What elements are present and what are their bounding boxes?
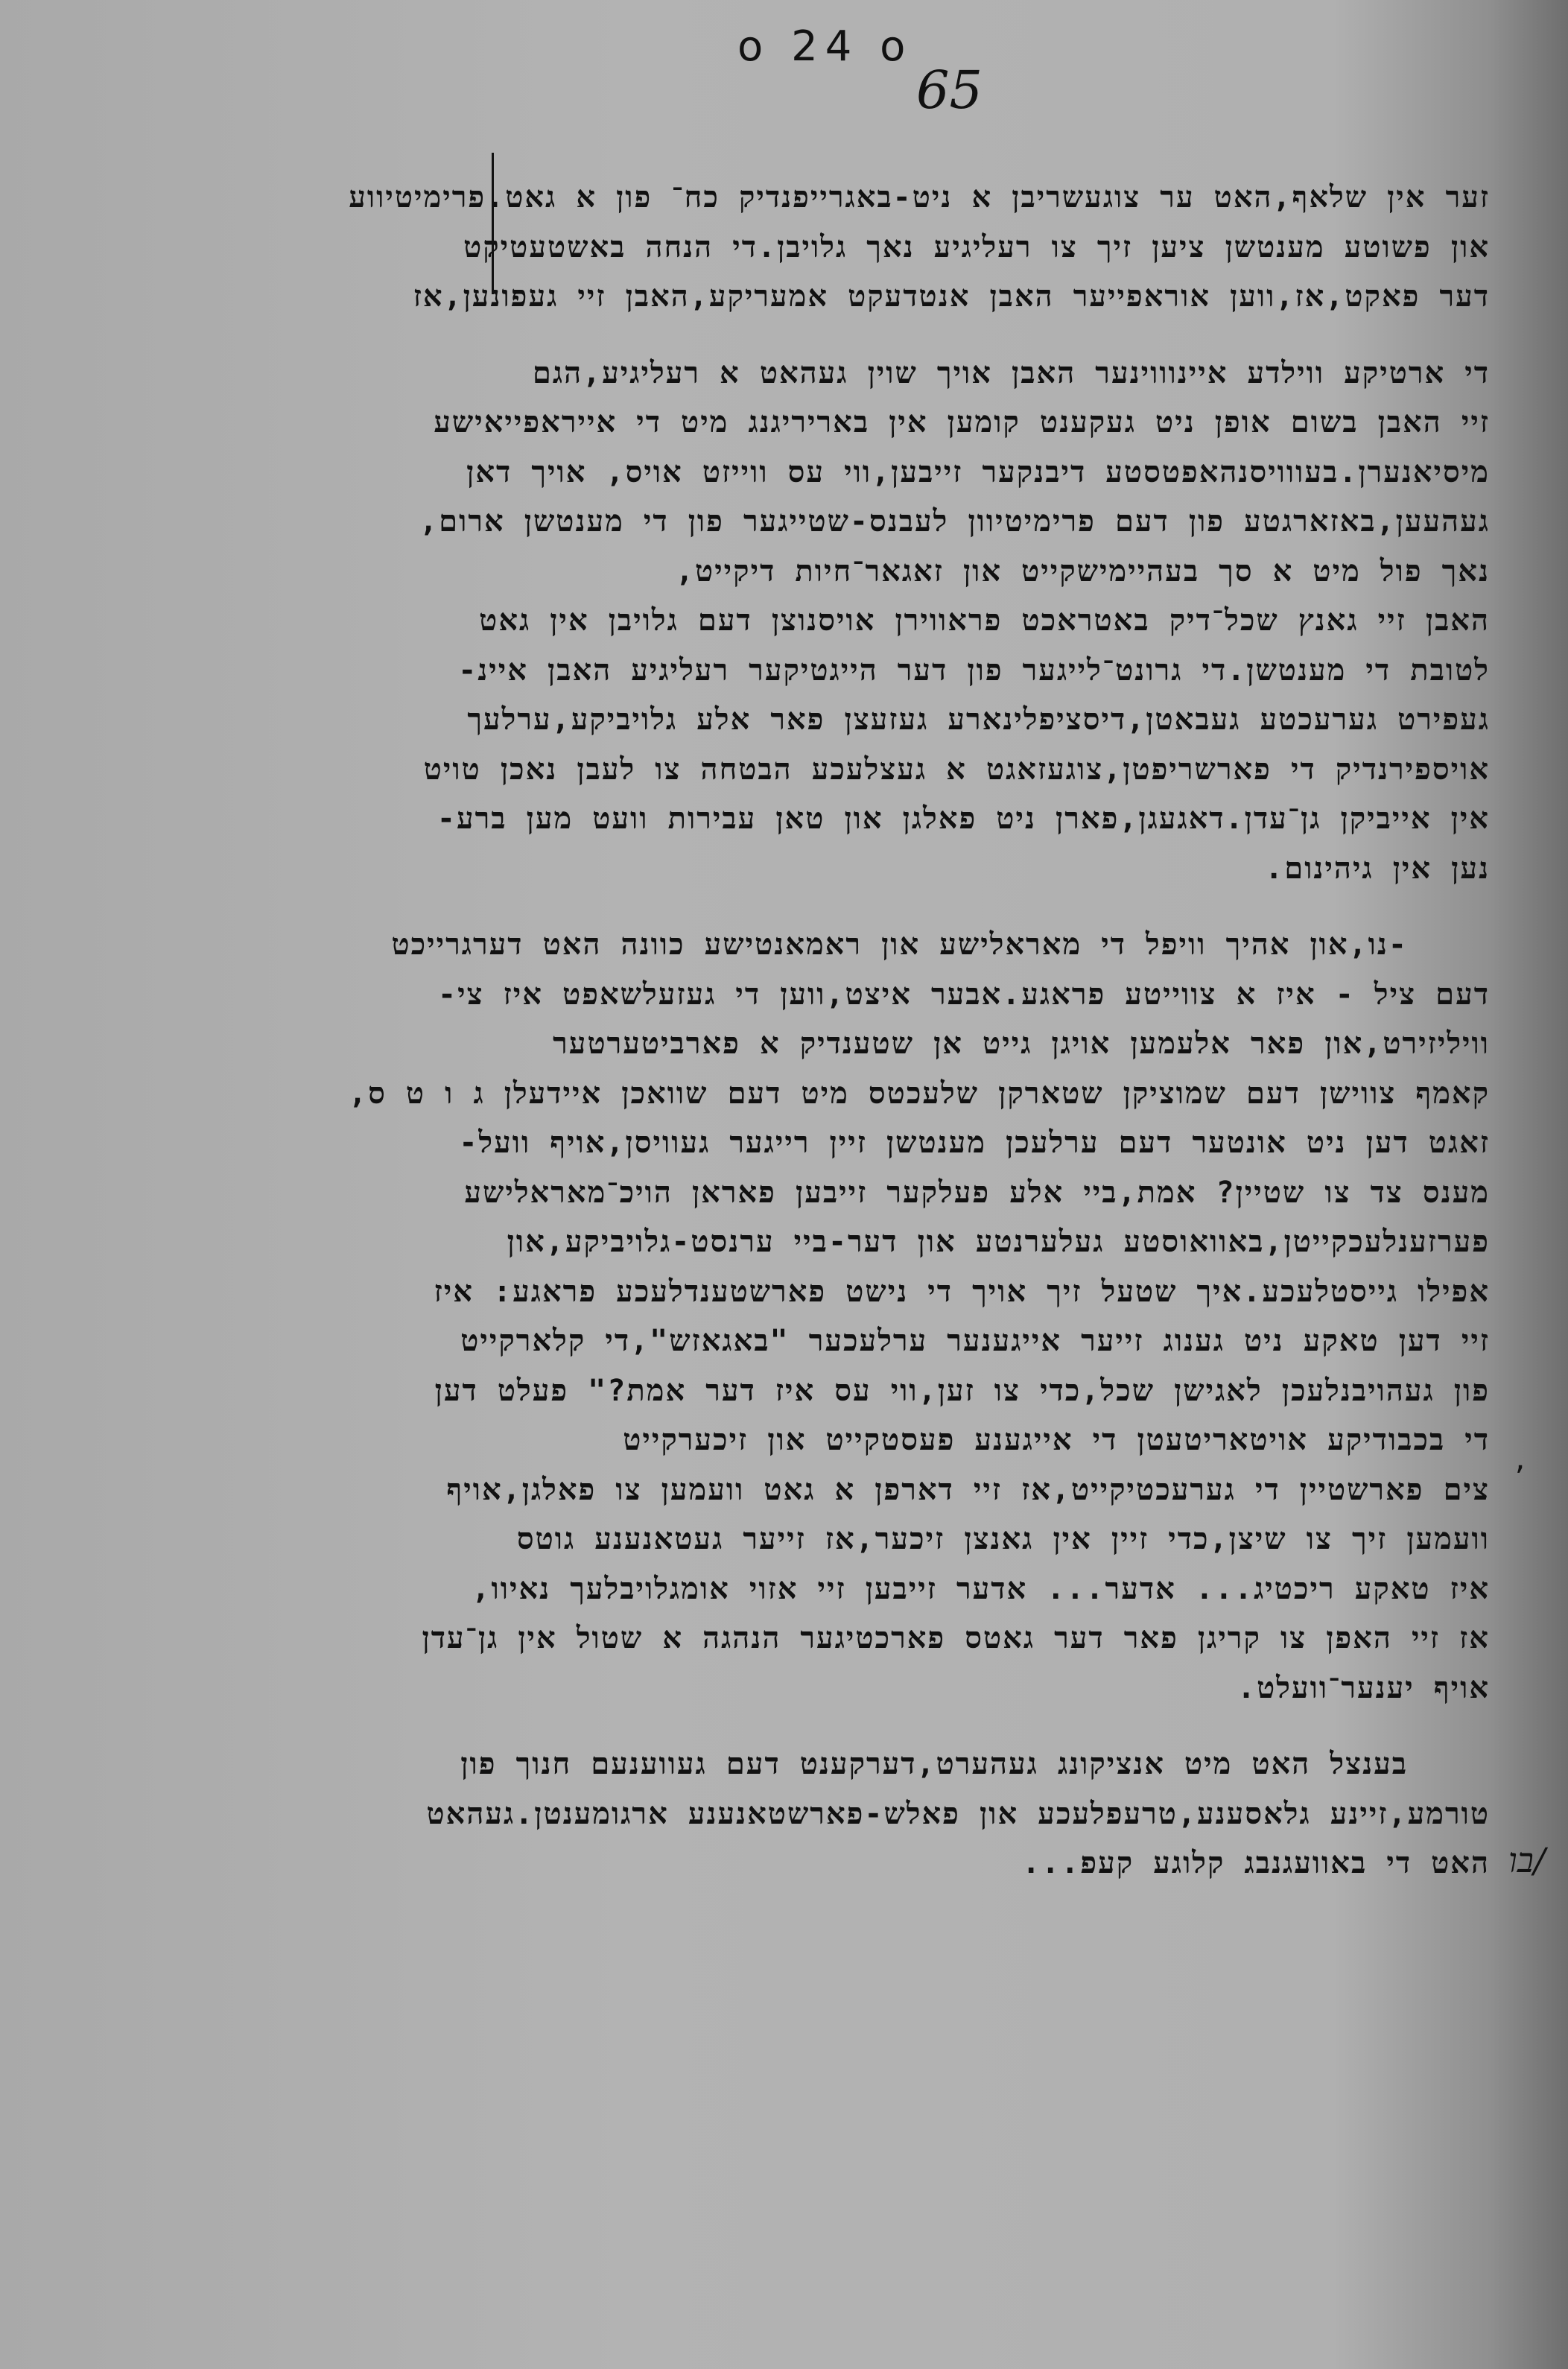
text-line: און פשוטע מענטשן ציען זיך צו רעליגיע נאך… <box>30 223 1490 273</box>
text-line: זיי האבן בשום אופן ניט געקענט קומען אין … <box>30 398 1490 448</box>
text-line: -נו,און אהיך וויפל די מאראלישע און ראמאנ… <box>30 920 1490 970</box>
text-line: קאמף צווישן דעם שמוציקן שטארקן שלעכטס מי… <box>30 1069 1490 1119</box>
text-line: האבן זיי גאנץ שכל־דיק באטראכט פראווירן א… <box>30 596 1490 646</box>
text-line: אין אייביקן גן־עדן.דאגעגן,פארן ניט פאלגן… <box>30 794 1490 844</box>
text-line: נאך פול מיט א סך בעהיימישקייט און זאגאר־… <box>30 547 1490 597</box>
paragraph-gap <box>30 893 1490 920</box>
text-line: טורמע,זיינע גלאסענע,טרעפלעכע און פאלש-פא… <box>30 1789 1490 1839</box>
text-line: צים פארשטיין די גערעכטיקייט,אז זיי דארפן… <box>30 1465 1490 1515</box>
text-line: אז זיי האפן צו קריגן פאר דער גאטס פארכטי… <box>30 1614 1490 1664</box>
text-line: די ארטיקע ווילדע איינוווינער האבן אויך ש… <box>30 349 1490 399</box>
text-line: אפילו גייסטלעכע.איך שטעל זיך אויך די ניש… <box>30 1267 1490 1317</box>
handwritten-page-number: 65 <box>916 60 983 121</box>
text-line: אויספירנדיק די פארשריפטן,צוגעזאגט א געצל… <box>30 745 1490 795</box>
text-line: וויליזירט,און פאר אלעמען אויגן גייט אן ש… <box>30 1019 1490 1069</box>
text-line: איז טאקע ריכטיג... אדער... אדער זייבען ז… <box>30 1564 1490 1614</box>
text-line: זער אין שלאף,האט ער צוגעשריבן א ניט-באגר… <box>30 173 1490 223</box>
text-line: דעם ציל - איז א צווייטע פראגע.אבער איצט,… <box>30 970 1490 1020</box>
margin-comma-mark: , <box>1512 1445 1529 1476</box>
text-line: פערזענלעכקייטן,באוואוסטע געלערנטע און דע… <box>30 1217 1490 1267</box>
paragraph-gap <box>30 1713 1490 1740</box>
text-line: נען אין גיהינום. <box>30 844 1490 894</box>
text-line: זיי דען טאקע ניט גענוג זייער אייגענער ער… <box>30 1316 1490 1366</box>
text-line: געפירט גערעכטע געבאטן,דיסציפלינארע געזעצ… <box>30 695 1490 745</box>
text-line: זאגט דען ניט אונטער דעם ערלעכן מענטשן זי… <box>30 1118 1490 1168</box>
text-line: די בכבודיקע אויטאריטעטן די אייגענע פעסטק… <box>30 1415 1490 1465</box>
text-line: לטובת די מענטשן.די גרונט־לייגער פון דער … <box>30 646 1490 696</box>
typewritten-body: זער אין שלאף,האט ער צוגעשריבן א ניט-באגר… <box>30 173 1490 1888</box>
text-line: אויף יענער־וועלט. <box>30 1664 1490 1713</box>
text-line: געהעען,באזארגטע פון דעם פרימיטיוון לעבנס… <box>30 497 1490 547</box>
margin-note: בו/ <box>1508 1840 1545 1880</box>
text-line: בענצל האט מיט אנציקונג געהערט,דערקענט דע… <box>30 1740 1490 1789</box>
paragraph-gap <box>30 322 1490 349</box>
text-line: וועמען זיך צו שיצן,כדי זיין אין גאנצן זי… <box>30 1515 1490 1564</box>
text-line: מענס צד צו שטיין? אמת,ביי אלע פעלקער זיי… <box>30 1168 1490 1218</box>
text-line: פון געהויבנלעכן לאגישן שכל,כדי צו זען,וו… <box>30 1366 1490 1416</box>
text-line: האט די באוועגנבג קלוגע קעפ... <box>30 1839 1490 1888</box>
text-line: מיסיאנערן.בעווויסנהאפטסטע דיבנקער זייבען… <box>30 448 1490 498</box>
folio-stamp: o 24 o <box>737 22 912 71</box>
text-line: דער פאקט,אז,ווען אוראפייער האבן אנטדעקט … <box>30 272 1490 322</box>
